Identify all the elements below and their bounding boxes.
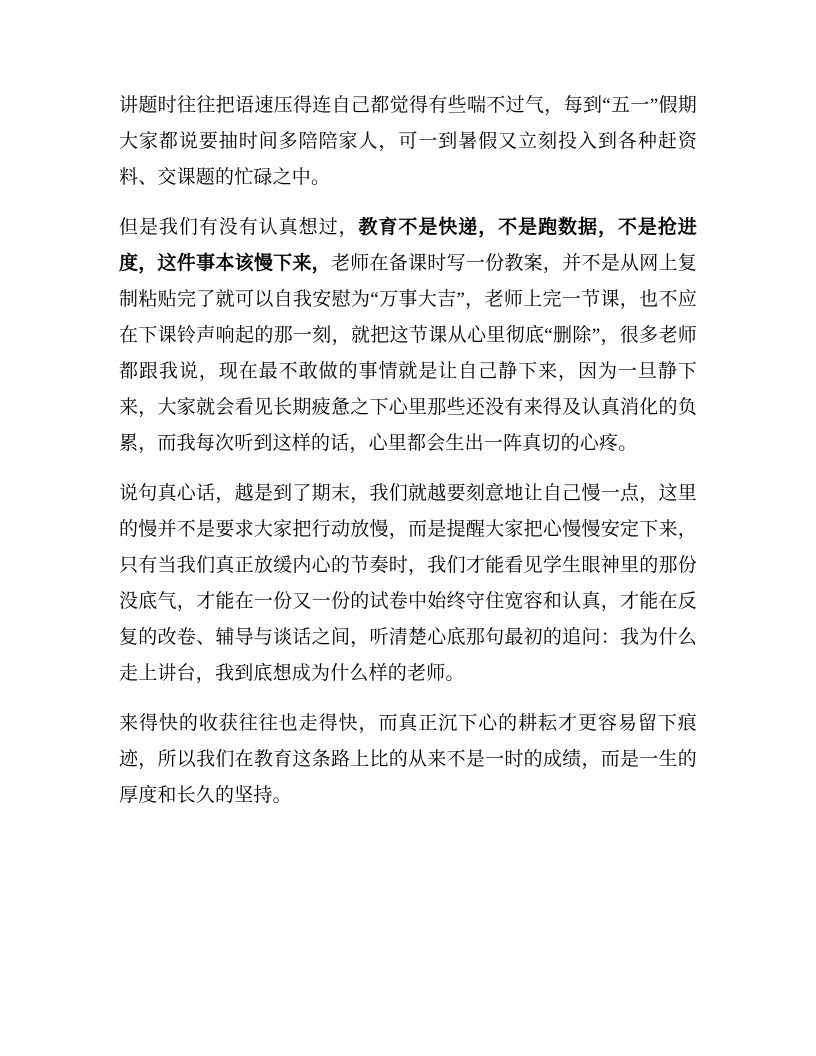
- document-page: 讲题时往往把语速压得连自己都觉得有些喘不过气，每到“五一”假期大家都说要抽时间多…: [0, 0, 816, 1056]
- text-run: 但是我们有没有认真想过，: [119, 217, 358, 238]
- paragraph-3: 说句真心话，越是到了期末，我们就越要刻意地让自己慢一点，这里的慢并不是要求大家把…: [119, 476, 697, 692]
- text-run: 说句真心话，越是到了期末，我们就越要刻意地让自己慢一点，这里的慢并不是要求大家把…: [119, 483, 697, 684]
- paragraph-2: 但是我们有没有认真想过，教育不是快递，不是跑数据，不是抢进度，这件事本该慢下来，…: [119, 210, 697, 462]
- text-run: 讲题时往往把语速压得连自己都觉得有些喘不过气，每到“五一”假期大家都说要抽时间多…: [119, 95, 697, 188]
- text-run: 老师在备课时写一份教案，并不是从网上复制粘贴完了就可以自我安慰为“万事大吉”，老…: [119, 253, 697, 454]
- text-body: 讲题时往往把语速压得连自己都觉得有些喘不过气，每到“五一”假期大家都说要抽时间多…: [119, 88, 697, 828]
- paragraph-4: 来得快的收获往往也走得快，而真正沉下心的耕耘才更容易留下痕迹，所以我们在教育这条…: [119, 706, 697, 814]
- text-run: 来得快的收获往往也走得快，而真正沉下心的耕耘才更容易留下痕迹，所以我们在教育这条…: [119, 713, 697, 806]
- paragraph-1: 讲题时往往把语速压得连自己都觉得有些喘不过气，每到“五一”假期大家都说要抽时间多…: [119, 88, 697, 196]
